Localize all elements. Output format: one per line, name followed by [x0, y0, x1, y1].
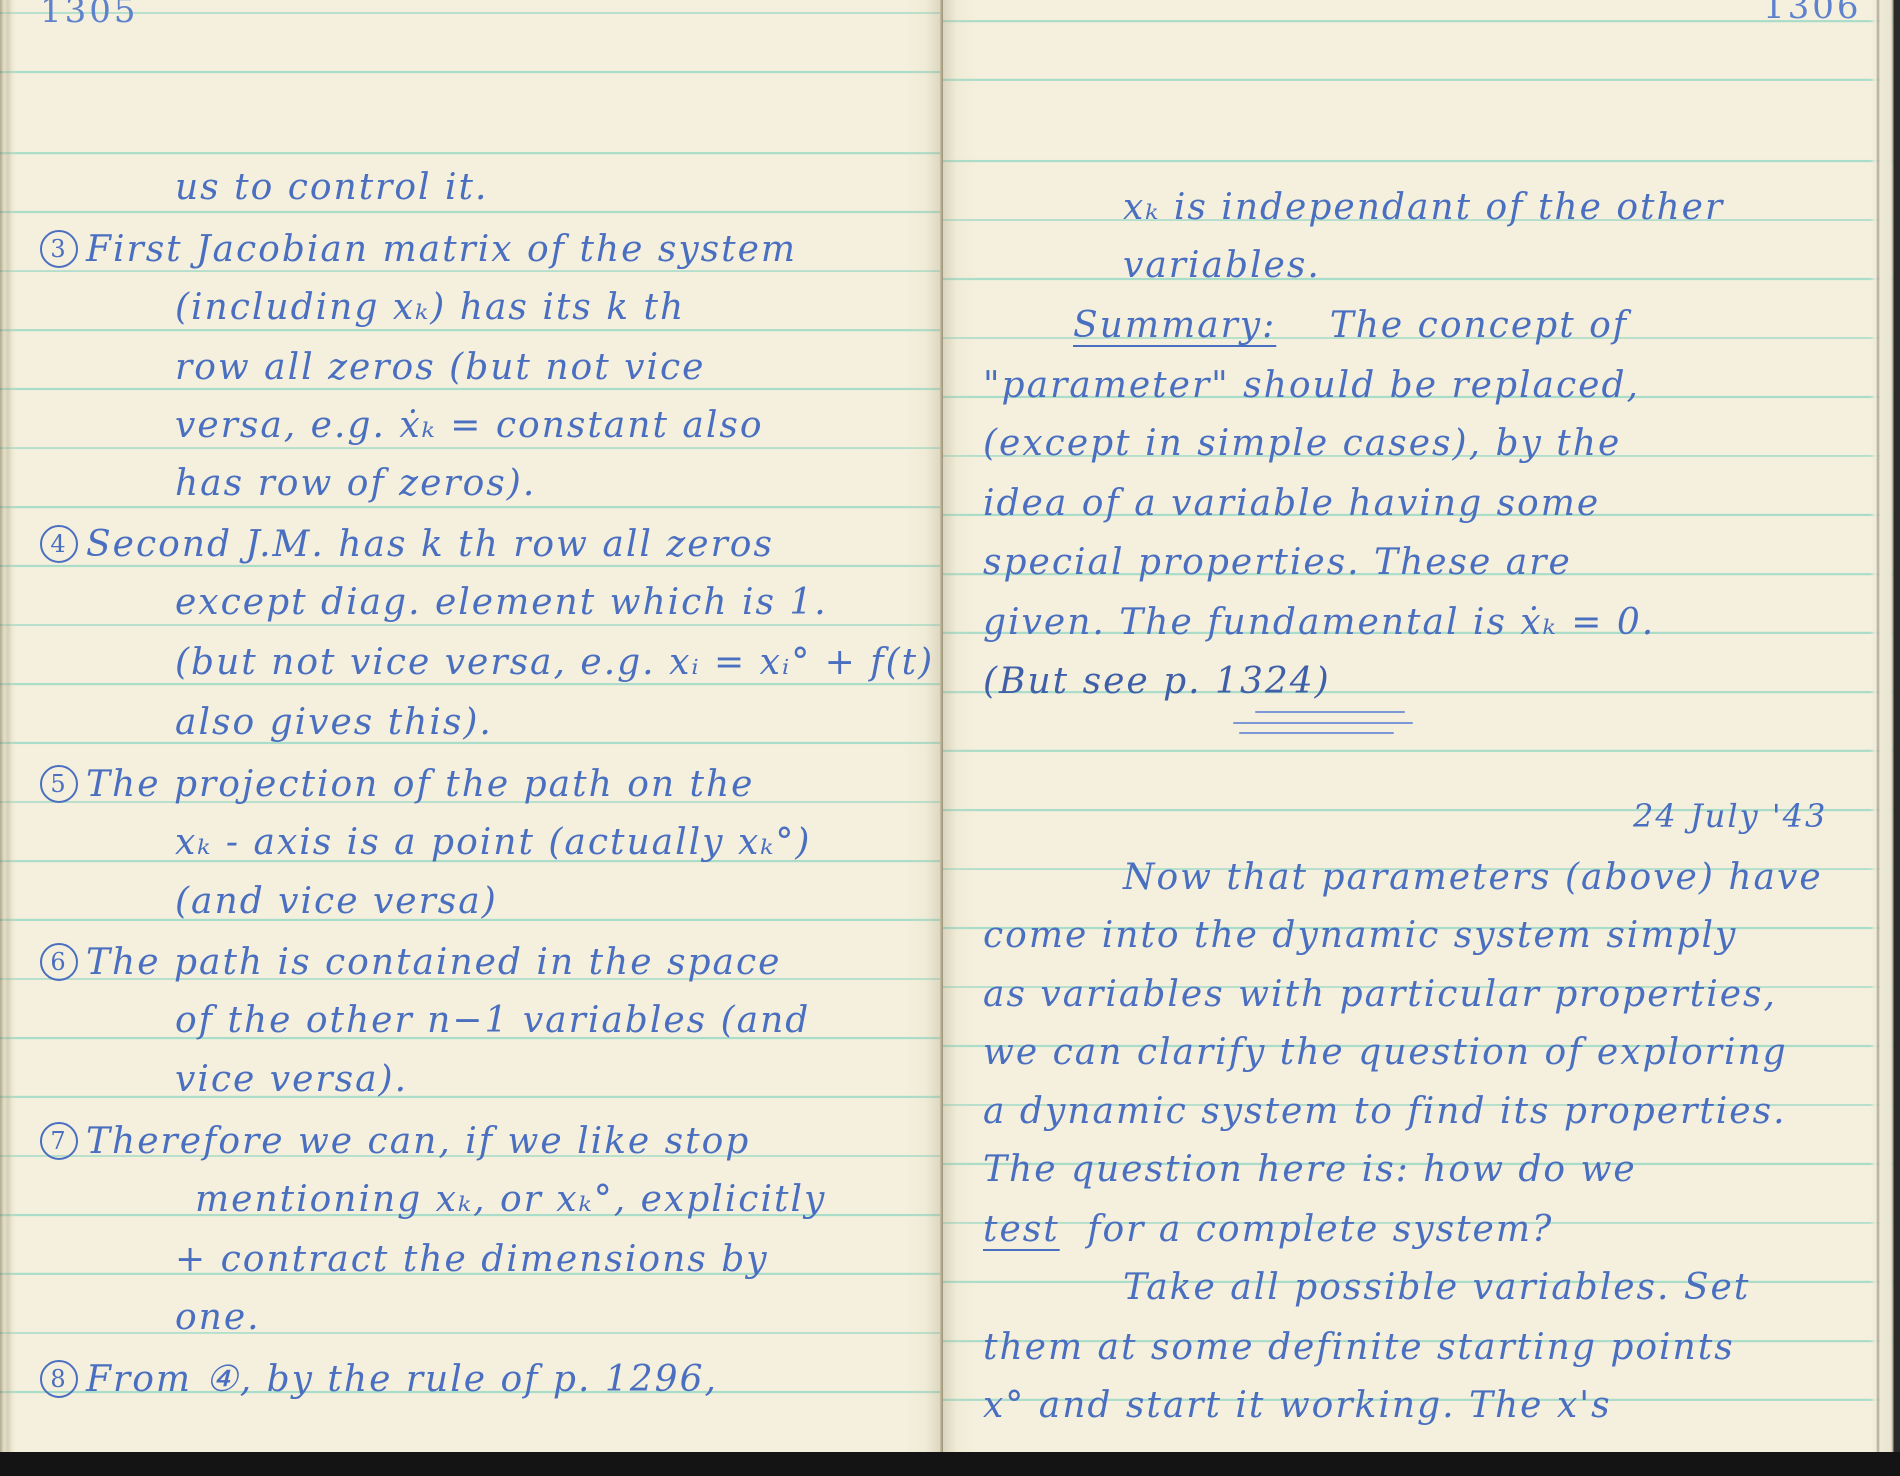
left-page-number: 1305: [40, 0, 139, 28]
item-number-circle: 4: [40, 525, 78, 563]
item-number-circle: 6: [40, 943, 78, 981]
note-line: First Jacobian matrix of the system: [86, 229, 797, 270]
note-line: From ④, by the rule of p. 1296,: [86, 1359, 718, 1400]
note-line: xₖ - axis is a point (actually xₖ°): [175, 825, 811, 861]
note-line: variables.: [1123, 248, 1321, 284]
note-line: x° and start it working. The x's: [983, 1388, 1612, 1424]
note-line-test: test for a complete system?: [983, 1212, 1553, 1248]
note-line: Second J.M. has k th row all zeros: [86, 524, 774, 565]
note-line: as variables with particular properties,: [983, 977, 1777, 1013]
note-line: "parameter" should be replaced,: [983, 368, 1640, 404]
right-page: 1306 xₖ is independant of the other vari…: [943, 0, 1900, 1452]
note-line: The concept of: [1330, 305, 1628, 346]
entry-date: 24 July '43: [1633, 800, 1827, 832]
note-line: (except in simple cases), by the: [983, 426, 1621, 462]
scan-background-edge: [0, 1452, 1900, 1476]
numbered-item-4: 4Second J.M. has k th row all zeros: [40, 525, 774, 563]
summary-line: Summary: The concept of: [1073, 308, 1628, 344]
note-line: (but not vice versa, e.g. xᵢ = xᵢ° + f(t…: [175, 645, 934, 681]
note-line: The question here is: how do we: [983, 1152, 1637, 1188]
numbered-item-8: 8From ④, by the rule of p. 1296,: [40, 1360, 718, 1398]
left-page: 1305 us to control it. 3First Jacobian m…: [0, 0, 943, 1452]
numbered-item-6: 6The path is contained in the space: [40, 943, 781, 981]
section-divider-line: [1239, 732, 1394, 734]
note-line: given. The fundamental is ẋₖ = 0.: [983, 605, 1655, 641]
section-divider-line: [1255, 711, 1405, 713]
note-line: Now that parameters (above) have: [1123, 860, 1823, 896]
note-line: The projection of the path on the: [86, 764, 755, 805]
note-line: xₖ is independant of the other: [1123, 190, 1724, 226]
note-line: (and vice versa): [175, 884, 498, 920]
numbered-item-5: 5The projection of the path on the: [40, 765, 755, 803]
note-line: Take all possible variables. Set: [1123, 1270, 1750, 1306]
note-line: special properties. These are: [983, 545, 1572, 581]
summary-heading: Summary:: [1073, 305, 1276, 346]
item-number-circle: 8: [40, 1360, 78, 1398]
note-line: versa, e.g. ẋₖ = constant also: [175, 408, 764, 444]
note-line: us to control it.: [175, 170, 488, 206]
section-divider-line: [1233, 722, 1413, 724]
note-line: The path is contained in the space: [86, 942, 781, 983]
note-line: for a complete system?: [1087, 1209, 1553, 1250]
numbered-item-3: 3First Jacobian matrix of the system: [40, 230, 797, 268]
note-line: of the other n−1 variables (and: [175, 1003, 810, 1039]
note-line: (including xₖ) has its k th: [175, 290, 685, 326]
note-line: + contract the dimensions by: [175, 1242, 769, 1278]
note-line: also gives this).: [175, 705, 493, 741]
numbered-item-7: 7Therefore we can, if we like stop: [40, 1122, 750, 1160]
note-line: one.: [175, 1300, 261, 1336]
note-line: idea of a variable having some: [983, 486, 1600, 522]
note-line: mentioning xₖ, or xₖ°, explicitly: [195, 1182, 826, 1218]
notebook-spread: 1305 us to control it. 3First Jacobian m…: [0, 0, 1900, 1452]
note-line: come into the dynamic system simply: [983, 918, 1737, 954]
note-line: vice versa).: [175, 1062, 408, 1098]
note-line: has row of zeros).: [175, 466, 536, 502]
item-number-circle: 5: [40, 765, 78, 803]
item-number-circle: 7: [40, 1122, 78, 1160]
emphasized-word: test: [983, 1209, 1060, 1250]
note-line: a dynamic system to find its properties.: [983, 1094, 1787, 1130]
cross-reference-note: (But see p. 1324): [983, 664, 1331, 700]
note-line: except diag. element which is 1.: [175, 585, 828, 621]
note-line: them at some definite starting points: [983, 1330, 1735, 1366]
right-page-number: 1306: [1763, 0, 1862, 24]
note-line: we can clarify the question of exploring: [983, 1035, 1788, 1071]
note-line: row all zeros (but not vice: [175, 350, 705, 386]
note-line: Therefore we can, if we like stop: [86, 1121, 750, 1162]
item-number-circle: 3: [40, 230, 78, 268]
